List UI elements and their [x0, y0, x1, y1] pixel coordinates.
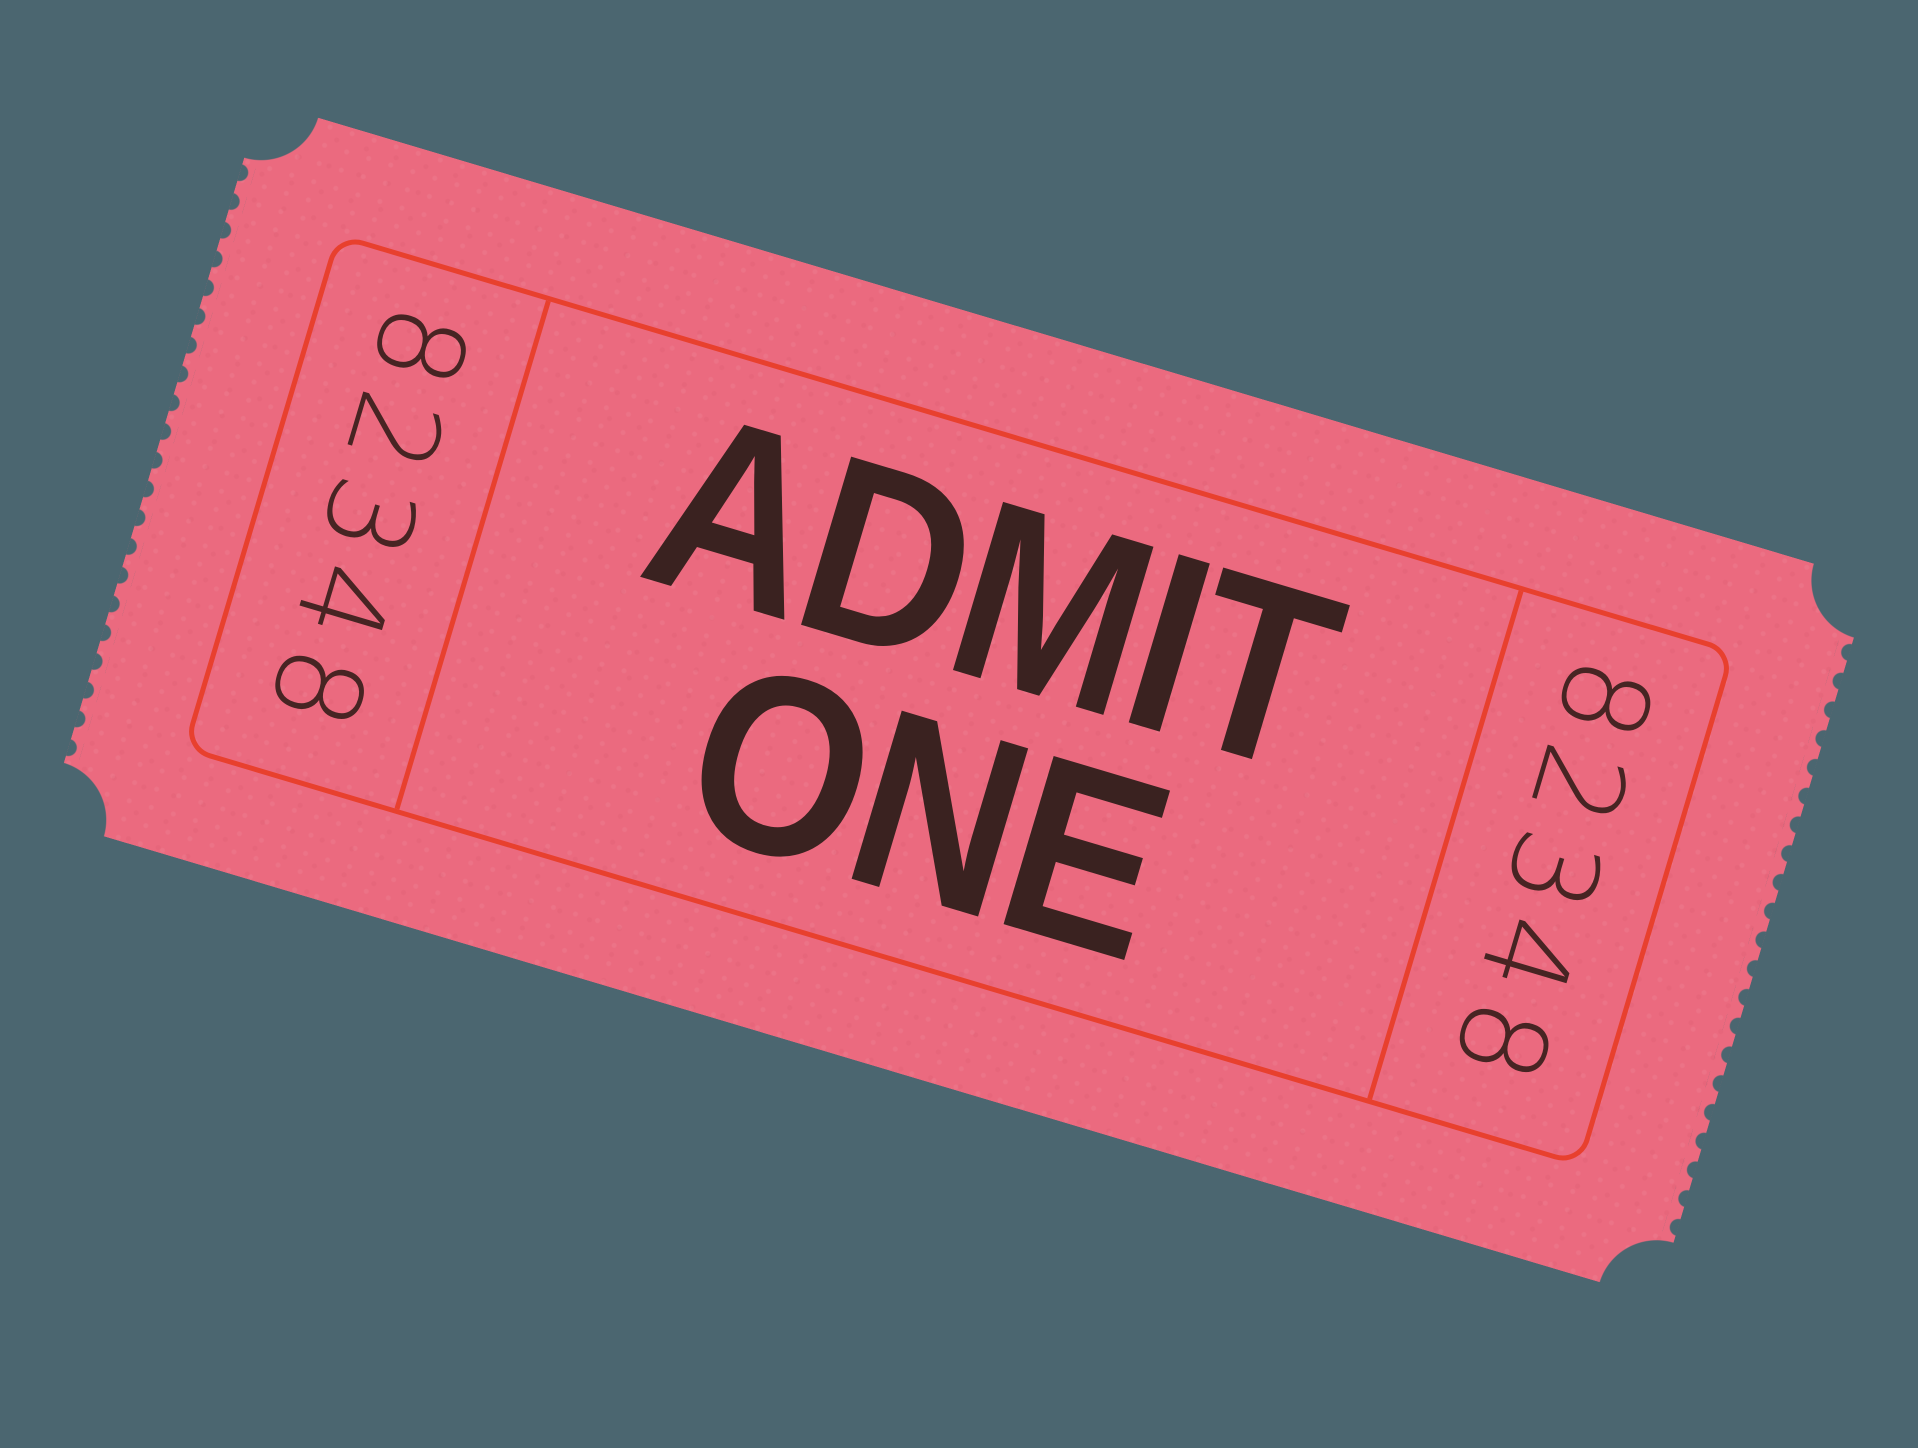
ticket-headline: ADMIT ONE — [457, 319, 1460, 1081]
ticket-paper: 82348 82348 ADMIT ONE — [47, 101, 1871, 1300]
admit-one-ticket: 82348 82348 ADMIT ONE — [47, 101, 1871, 1300]
ticket-border-frame: 82348 82348 ADMIT ONE — [182, 233, 1735, 1168]
left-serial-text: 82348 — [237, 290, 496, 756]
photo-scene: 82348 82348 ADMIT ONE — [0, 0, 1918, 1448]
right-serial-text: 82348 — [1421, 643, 1680, 1109]
